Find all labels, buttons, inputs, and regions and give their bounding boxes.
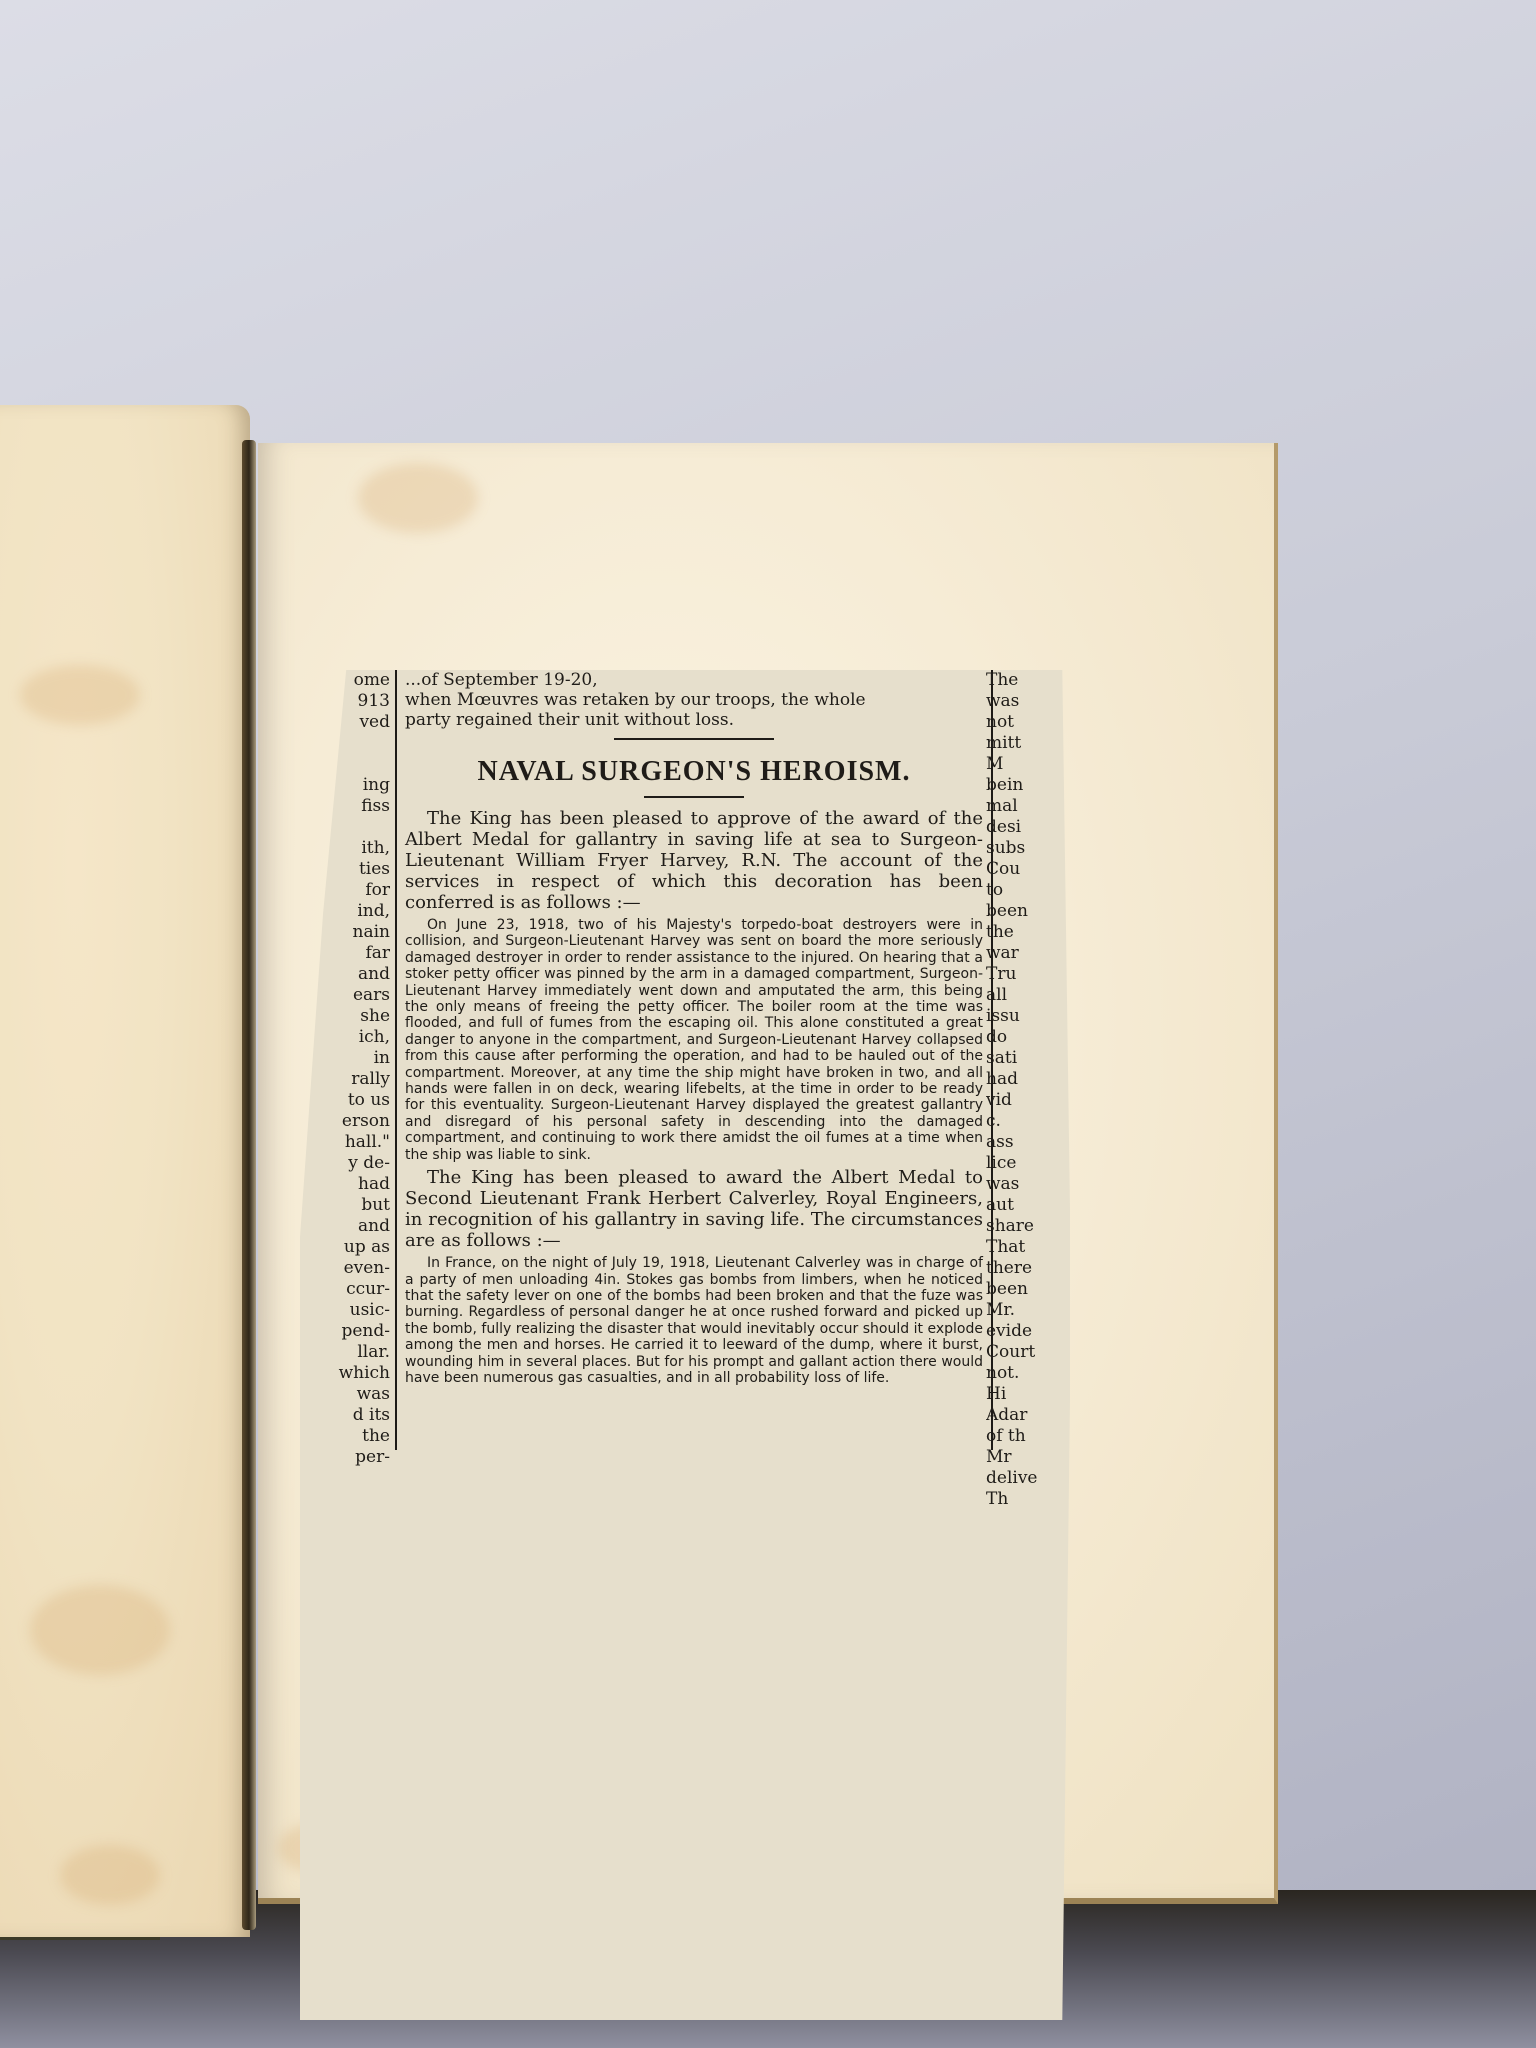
fragment-line: was — [986, 1174, 1066, 1195]
photo-scene: ome 913 ved ing fiss ith, ties for ind, … — [0, 0, 1536, 2048]
fragment-line: ith, — [300, 838, 390, 859]
article-headline: NAVAL SURGEON'S HEROISM. — [405, 756, 983, 788]
fragment-line: mal — [986, 796, 1066, 817]
fragment-line: rally — [300, 1069, 390, 1090]
fragment-line: d its — [300, 1405, 390, 1426]
fragment-line: had — [986, 1069, 1066, 1090]
fragment-line — [300, 733, 390, 754]
fragment-line: to — [986, 880, 1066, 901]
fragment-line: ich, — [300, 1027, 390, 1048]
right-column-fragments: The was not mitt M bein mal desi subs Co… — [986, 670, 1066, 1450]
fragment-line: delive — [986, 1468, 1066, 1489]
fragment-line: share — [986, 1216, 1066, 1237]
fragment-line: Mr. — [986, 1300, 1066, 1321]
fragment-line: Court — [986, 1342, 1066, 1363]
headline-rule — [644, 796, 744, 798]
fragment-line: M — [986, 754, 1066, 775]
fragment-line: for — [300, 880, 390, 901]
fragment-line: war — [986, 943, 1066, 964]
fragment-line: bein — [986, 775, 1066, 796]
fragment-line: aut — [986, 1195, 1066, 1216]
fragment-line: and — [300, 964, 390, 985]
fragment-line: usic- — [300, 1300, 390, 1321]
left-page — [0, 405, 250, 1937]
fragment-line: ved — [300, 712, 390, 733]
fragment-line: desi — [986, 817, 1066, 838]
fragment-line: hall." — [300, 1132, 390, 1153]
fragment-line: up as — [300, 1237, 390, 1258]
fragment-line: was — [986, 691, 1066, 712]
article-column: ...of September 19-20, when Mœuvres was … — [395, 670, 993, 1450]
fragment-line: Adar — [986, 1405, 1066, 1426]
section-divider — [614, 738, 774, 740]
fragment-line: ome — [300, 670, 390, 691]
fragment-line: been — [986, 1279, 1066, 1300]
left-column-fragments: ome 913 ved ing fiss ith, ties for ind, … — [300, 670, 390, 1450]
fragment-line: The — [986, 670, 1066, 691]
lead-in-line: ...of September 19-20, — [405, 670, 598, 690]
fragment-line: not. — [986, 1363, 1066, 1384]
fragment-line — [300, 754, 390, 775]
fragment-line: ind, — [300, 901, 390, 922]
fragment-line: to us — [300, 1090, 390, 1111]
fragment-line: far — [300, 943, 390, 964]
fragment-line: subs — [986, 838, 1066, 859]
fragment-line: had — [300, 1174, 390, 1195]
article-paragraph: The King has been pleased to approve of … — [405, 808, 983, 913]
article-paragraph: On June 23, 1918, two of his Majesty's t… — [405, 917, 983, 1163]
lead-in-line: when Mœuvres was retaken by our troops, … — [405, 690, 866, 710]
fragment-line: evide — [986, 1321, 1066, 1342]
fragment-line: Mr — [986, 1447, 1066, 1468]
fragment-line: ass — [986, 1132, 1066, 1153]
fragment-line: Cou — [986, 859, 1066, 880]
fragment-line: been — [986, 901, 1066, 922]
fragment-line: llar. — [300, 1342, 390, 1363]
book-gutter — [242, 440, 256, 1930]
fragment-line: Th — [986, 1489, 1066, 1510]
fragment-line: all — [986, 985, 1066, 1006]
lead-in-line: party regained their unit without loss. — [405, 710, 734, 730]
fragment-line: Tru — [986, 964, 1066, 985]
article-paragraph: The King has been pleased to award the A… — [405, 1167, 983, 1251]
fragment-line: vid — [986, 1090, 1066, 1111]
fragment-line: per- — [300, 1447, 390, 1468]
fragment-line: issu — [986, 1006, 1066, 1027]
fragment-line: erson — [300, 1111, 390, 1132]
fragment-line: c. — [986, 1111, 1066, 1132]
lead-in-text: ...of September 19-20, when Mœuvres was … — [405, 670, 983, 730]
fragment-line: ccur- — [300, 1279, 390, 1300]
fragment-line: nain — [300, 922, 390, 943]
fragment-line: lice — [986, 1153, 1066, 1174]
fragment-line: That — [986, 1237, 1066, 1258]
fragment-line: she — [300, 1006, 390, 1027]
fragment-line: sati — [986, 1048, 1066, 1069]
fragment-line: ears — [300, 985, 390, 1006]
fragment-line: the — [300, 1426, 390, 1447]
article-paragraph: In France, on the night of July 19, 1918… — [405, 1255, 983, 1386]
fragment-line: do — [986, 1027, 1066, 1048]
fragment-line: even- — [300, 1258, 390, 1279]
newspaper-clipping: ome 913 ved ing fiss ith, ties for ind, … — [300, 670, 1070, 2020]
foxing-stain — [30, 1585, 170, 1675]
fragment-line: pend- — [300, 1321, 390, 1342]
fragment-line: Hi — [986, 1384, 1066, 1405]
fragment-line: 913 — [300, 691, 390, 712]
fragment-line: not — [986, 712, 1066, 733]
fragment-line: the — [986, 922, 1066, 943]
fragment-line: y de- — [300, 1153, 390, 1174]
foxing-stain — [60, 1845, 160, 1905]
fragment-line: mitt — [986, 733, 1066, 754]
fragment-line: was — [300, 1384, 390, 1405]
foxing-stain — [358, 463, 478, 533]
fragment-line: which — [300, 1363, 390, 1384]
fragment-line: of th — [986, 1426, 1066, 1447]
fragment-line: in — [300, 1048, 390, 1069]
fragment-line: ing — [300, 775, 390, 796]
fragment-line: ties — [300, 859, 390, 880]
fragment-line: and — [300, 1216, 390, 1237]
fragment-line: fiss — [300, 796, 390, 817]
foxing-stain — [20, 665, 140, 725]
fragment-line — [300, 817, 390, 838]
fragment-line: there — [986, 1258, 1066, 1279]
fragment-line: but — [300, 1195, 390, 1216]
